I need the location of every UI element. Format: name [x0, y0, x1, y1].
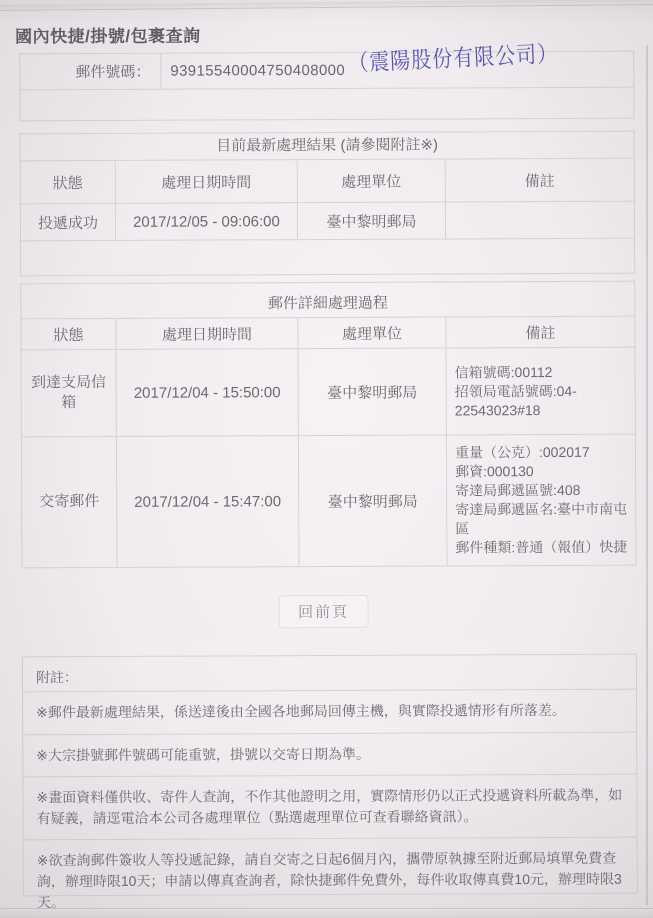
- detail-status-cell: 到達支局信箱: [22, 350, 116, 436]
- latest-result-row: 投遞成功 2017/12/05 - 09:06:00 臺中黎明郵局: [21, 202, 634, 242]
- note-line: 寄達局郵遞區號:408: [455, 481, 580, 501]
- note-line: 信箱號碼:00112: [455, 363, 553, 382]
- detail-unit-cell[interactable]: 臺中黎明郵局: [298, 348, 446, 435]
- photographed-tracking-page: 國內快捷/掛號/包裹查詢 郵件號碼： 93915540004750408000 …: [0, 0, 653, 918]
- footnote-item: ※欲查詢郵件簽收人等投遞記錄，請自交寄之日起6個月內，攜帶原執據至附近郵局填單免…: [24, 838, 637, 898]
- note-line: 招領局電話號碼:04-22543023#18: [455, 381, 627, 420]
- detail-process-section-title: 郵件詳細處理過程: [21, 282, 634, 320]
- page-content: 國內快捷/掛號/包裹查詢 郵件號碼： 93915540004750408000 …: [0, 0, 653, 918]
- latest-status-cell: 投遞成功: [21, 204, 115, 240]
- note-line: 寄達局郵遞區名:臺中市南屯區: [455, 500, 627, 539]
- page-title: 國內快捷/掛號/包裹查詢: [15, 22, 201, 48]
- footnote-item: ※郵件最新處理結果，係送達後由全國各地郵局回傳主機，與實際投遞情形有所落差。: [23, 690, 636, 736]
- header-unit: 處理單位: [297, 159, 445, 202]
- latest-datetime-cell: 2017/12/05 - 09:06:00: [115, 203, 297, 240]
- header-status: 狀態: [21, 161, 115, 203]
- footnotes-panel: 附註： ※郵件最新處理結果，係送達後由全國各地郵局回傳主機，與實際投遞情形有所落…: [22, 654, 638, 897]
- detail-process-row: 交寄郵件 2017/12/04 - 15:47:00 臺中黎明郵局 重量（公克）…: [22, 435, 636, 568]
- latest-result-header-row: 狀態 處理日期時間 處理單位 備註: [21, 159, 634, 205]
- latest-result-empty-row: [21, 239, 634, 276]
- header-datetime: 處理日期時間: [115, 318, 297, 349]
- detail-note-cell: 重量（公克）:002017 郵資:000130 寄達局郵遞區號:408 寄達局郵…: [446, 435, 636, 566]
- latest-result-section-title: 目前最新處理結果 (請參閱附註※): [21, 132, 634, 162]
- detail-note-cell: 信箱號碼:00112 招領局電話號碼:04-22543023#18: [446, 348, 635, 435]
- footnote-item: ※大宗掛號郵件號碼可能重號，掛號以交寄日期為準。: [23, 733, 636, 778]
- photo-bottom-edge: [0, 908, 653, 918]
- latest-result-panel: 目前最新處理結果 (請參閱附註※) 狀態 處理日期時間 處理單位 備註 投遞成功…: [20, 131, 636, 277]
- detail-unit-cell[interactable]: 臺中黎明郵局: [298, 435, 447, 566]
- back-button[interactable]: 回前頁: [279, 595, 369, 628]
- note-line: 郵資:000130: [455, 462, 534, 481]
- note-line: 重量（公克）:002017: [455, 443, 590, 463]
- footnotes-title: 附註：: [23, 655, 636, 693]
- header-status: 狀態: [21, 319, 115, 349]
- latest-note-cell: [445, 202, 634, 239]
- footnote-item: ※畫面資料僅供收、寄件人查詢，不作其他證明之用，實際情形仍以正式投遞資料所載為準…: [23, 775, 636, 841]
- latest-unit-cell[interactable]: 臺中黎明郵局: [297, 202, 445, 239]
- header-unit: 處理單位: [297, 317, 445, 348]
- detail-process-panel: 郵件詳細處理過程 狀態 處理日期時間 處理單位 備註 到達支局信箱 2017/1…: [20, 281, 636, 569]
- note-line: 郵件種類:普通（報值）快捷: [455, 538, 627, 558]
- mail-number-label: 郵件號碼：: [20, 54, 161, 90]
- detail-datetime-cell: 2017/12/04 - 15:47:00: [116, 436, 299, 567]
- header-note: 備註: [445, 317, 634, 348]
- detail-status-cell: 交寄郵件: [22, 437, 117, 567]
- mail-number-value: 93915540004750408000: [161, 53, 345, 89]
- header-datetime: 處理日期時間: [115, 160, 297, 203]
- header-note: 備註: [445, 159, 634, 202]
- detail-process-header-row: 狀態 處理日期時間 處理單位 備註: [21, 317, 634, 351]
- detail-datetime-cell: 2017/12/04 - 15:50:00: [116, 349, 298, 436]
- photo-right-edge: [646, 45, 648, 905]
- detail-process-row: 到達支局信箱 2017/12/04 - 15:50:00 臺中黎明郵局 信箱號碼…: [22, 348, 635, 438]
